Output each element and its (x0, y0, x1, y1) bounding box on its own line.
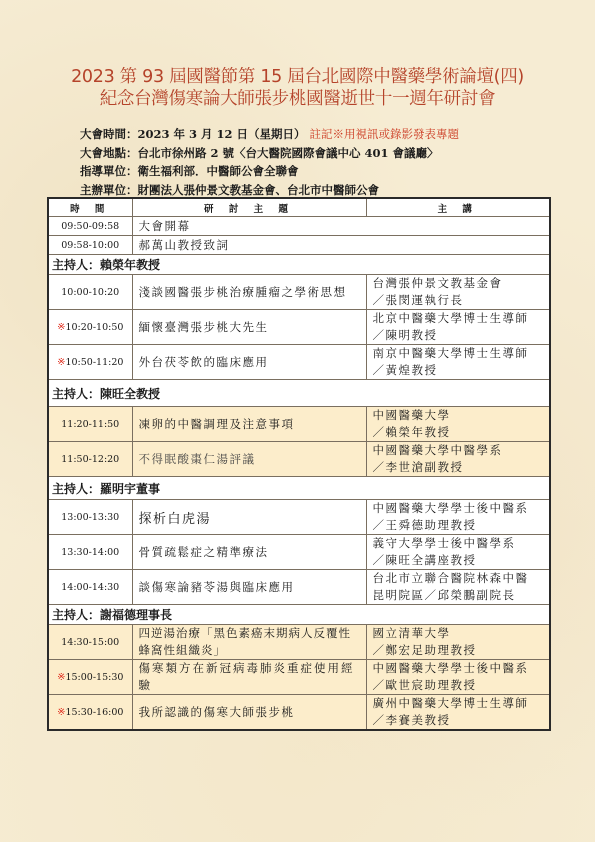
table-row: ※10:20-10:50 緬懷臺灣張步桃大先生 北京中醫藥大學博士生導師／陳明教… (48, 310, 550, 345)
chair-row: 主持人：謝福德理事長 (48, 605, 550, 625)
table-row: 13:00-13:30 探析白虎湯 中國醫藥大學學士後中醫系／王舜德助理教授 (48, 500, 550, 535)
time-cell: 09:50-09:58 (48, 217, 132, 236)
speaker-cell: 北京中醫藥大學博士生導師／陳明教授 (366, 310, 550, 345)
info-guide-value: 衛生福利部．中醫師公會全聯會 (138, 164, 299, 178)
info-venue-label: 大會地點： (80, 146, 138, 160)
time-cell: 14:00-14:30 (48, 570, 132, 605)
time-cell: 14:30-15:00 (48, 625, 132, 660)
time-cell: ※15:30-16:00 (48, 695, 132, 731)
info-venue: 大會地點：台北市徐州路 2 號〈台大醫院國際會議中心 401 會議廳〉 (80, 144, 550, 163)
table-row: 09:50-09:58 大會開幕 (48, 217, 550, 236)
table-row: 11:50-12:20 不得眠酸棗仁湯評議 中國醫藥大學中醫學系／李世滄副教授 (48, 442, 550, 477)
time-cell: ※10:50-11:20 (48, 345, 132, 380)
chair-row: 主持人：羅明宇董事 (48, 477, 550, 500)
table-row: 11:20-11:50 凍卵的中醫調理及注意事項 中國醫藥大學／賴榮年教授 (48, 407, 550, 442)
time-cell: 11:50-12:20 (48, 442, 132, 477)
chair-cell: 主持人：陳旺全教授 (48, 380, 550, 407)
chair-row: 主持人：賴榮年教授 (48, 255, 550, 275)
topic-cell: 淺談國醫張步桃治療腫瘤之學術思想 (132, 275, 366, 310)
chair-cell: 主持人：賴榮年教授 (48, 255, 550, 275)
info-host-label: 主辦單位： (80, 183, 138, 197)
info-time-label: 大會時間： (80, 127, 138, 141)
topic-cell: 凍卵的中醫調理及注意事項 (132, 407, 366, 442)
topic-cell: 四逆湯治療「黑色素癌末期病人反覆性蜂窩性組織炎」 (132, 625, 366, 660)
time-cell: 13:00-13:30 (48, 500, 132, 535)
time-cell: ※10:20-10:50 (48, 310, 132, 345)
time-cell: 10:00-10:20 (48, 275, 132, 310)
time-cell: 09:58-10:00 (48, 236, 132, 255)
topic-cell: 傷寒類方在新冠病毒肺炎重症使用經驗 (132, 660, 366, 695)
table-row: ※10:50-11:20 外台茯苓飲的臨床應用 南京中醫藥大學博士生導師／黃煌教… (48, 345, 550, 380)
speaker-cell: 南京中醫藥大學博士生導師／黃煌教授 (366, 345, 550, 380)
topic-cell: 郝萬山教授致詞 (132, 236, 550, 255)
chair-row: 主持人：陳旺全教授 (48, 380, 550, 407)
table-row: 13:30-14:00 骨質疏鬆症之精準療法 義守大學學士後中醫學系／陳旺全講座… (48, 535, 550, 570)
topic-cell: 探析白虎湯 (132, 500, 366, 535)
topic-cell: 骨質疏鬆症之精準療法 (132, 535, 366, 570)
info-time-note: 註記※用視訊或錄影發表專題 (310, 127, 460, 141)
title-line-1: 2023 第 93 屆國醫節第 15 屆台北國際中醫藥學術論壇(四) (0, 66, 595, 88)
title-line-2: 紀念台灣傷寒論大師張步桃國醫逝世十一週年研討會 (0, 88, 595, 110)
header-topic: 研 討 主 題 (132, 198, 366, 217)
speaker-cell: 中國醫藥大學／賴榮年教授 (366, 407, 550, 442)
speaker-cell: 義守大學學士後中醫學系／陳旺全講座教授 (366, 535, 550, 570)
speaker-cell: 國立清華大學／鄭宏足助理教授 (366, 625, 550, 660)
document-title: 2023 第 93 屆國醫節第 15 屆台北國際中醫藥學術論壇(四) 紀念台灣傷… (0, 66, 595, 110)
info-venue-value: 台北市徐州路 2 號〈台大醫院國際會議中心 401 會議廳〉 (138, 146, 439, 160)
table-row: ※15:00-15:30 傷寒類方在新冠病毒肺炎重症使用經驗 中國醫藥大學學士後… (48, 660, 550, 695)
topic-cell: 我所認識的傷寒大師張步桃 (132, 695, 366, 731)
info-guide-label: 指導單位： (80, 164, 138, 178)
time-cell: 11:20-11:50 (48, 407, 132, 442)
speaker-cell: 台灣張仲景文教基金會／張閔運執行長 (366, 275, 550, 310)
topic-cell: 不得眠酸棗仁湯評議 (132, 442, 366, 477)
topic-cell: 談傷寒論豬苓湯與臨床應用 (132, 570, 366, 605)
speaker-cell: 中國醫藥大學學士後中醫系／歐世宸助理教授 (366, 660, 550, 695)
info-time-value: 2023 年 3 月 12 日（星期日） (138, 127, 306, 141)
speaker-cell: 中國醫藥大學中醫學系／李世滄副教授 (366, 442, 550, 477)
topic-cell: 外台茯苓飲的臨床應用 (132, 345, 366, 380)
header-time: 時 間 (48, 198, 132, 217)
event-info: 大會時間：2023 年 3 月 12 日（星期日） 註記※用視訊或錄影發表專題 … (80, 125, 550, 199)
info-guide: 指導單位：衛生福利部．中醫師公會全聯會 (80, 162, 550, 181)
table-row: 09:58-10:00 郝萬山教授致詞 (48, 236, 550, 255)
info-host-value: 財團法人張仲景文教基金會、台北市中醫師公會 (138, 183, 380, 197)
speaker-cell: 中國醫藥大學學士後中醫系／王舜德助理教授 (366, 500, 550, 535)
time-cell: 13:30-14:00 (48, 535, 132, 570)
table-row: ※15:30-16:00 我所認識的傷寒大師張步桃 廣州中醫藥大學博士生導師／李… (48, 695, 550, 731)
table-row: 14:30-15:00 四逆湯治療「黑色素癌末期病人反覆性蜂窩性組織炎」 國立清… (48, 625, 550, 660)
chair-cell: 主持人：羅明宇董事 (48, 477, 550, 500)
table-row: 14:00-14:30 談傷寒論豬苓湯與臨床應用 台北市立聯合醫院林森中醫昆明院… (48, 570, 550, 605)
topic-cell: 緬懷臺灣張步桃大先生 (132, 310, 366, 345)
header-speaker: 主 講 (366, 198, 550, 217)
chair-cell: 主持人：謝福德理事長 (48, 605, 550, 625)
table-header-row: 時 間 研 討 主 題 主 講 (48, 198, 550, 217)
time-cell: ※15:00-15:30 (48, 660, 132, 695)
speaker-cell: 台北市立聯合醫院林森中醫昆明院區／邱榮鵬副院長 (366, 570, 550, 605)
schedule-table: 時 間 研 討 主 題 主 講 09:50-09:58 大會開幕 09:58-1… (47, 197, 551, 731)
table-row: 10:00-10:20 淺談國醫張步桃治療腫瘤之學術思想 台灣張仲景文教基金會／… (48, 275, 550, 310)
topic-cell: 大會開幕 (132, 217, 550, 236)
info-time: 大會時間：2023 年 3 月 12 日（星期日） 註記※用視訊或錄影發表專題 (80, 125, 550, 144)
speaker-cell: 廣州中醫藥大學博士生導師／李賽美教授 (366, 695, 550, 731)
